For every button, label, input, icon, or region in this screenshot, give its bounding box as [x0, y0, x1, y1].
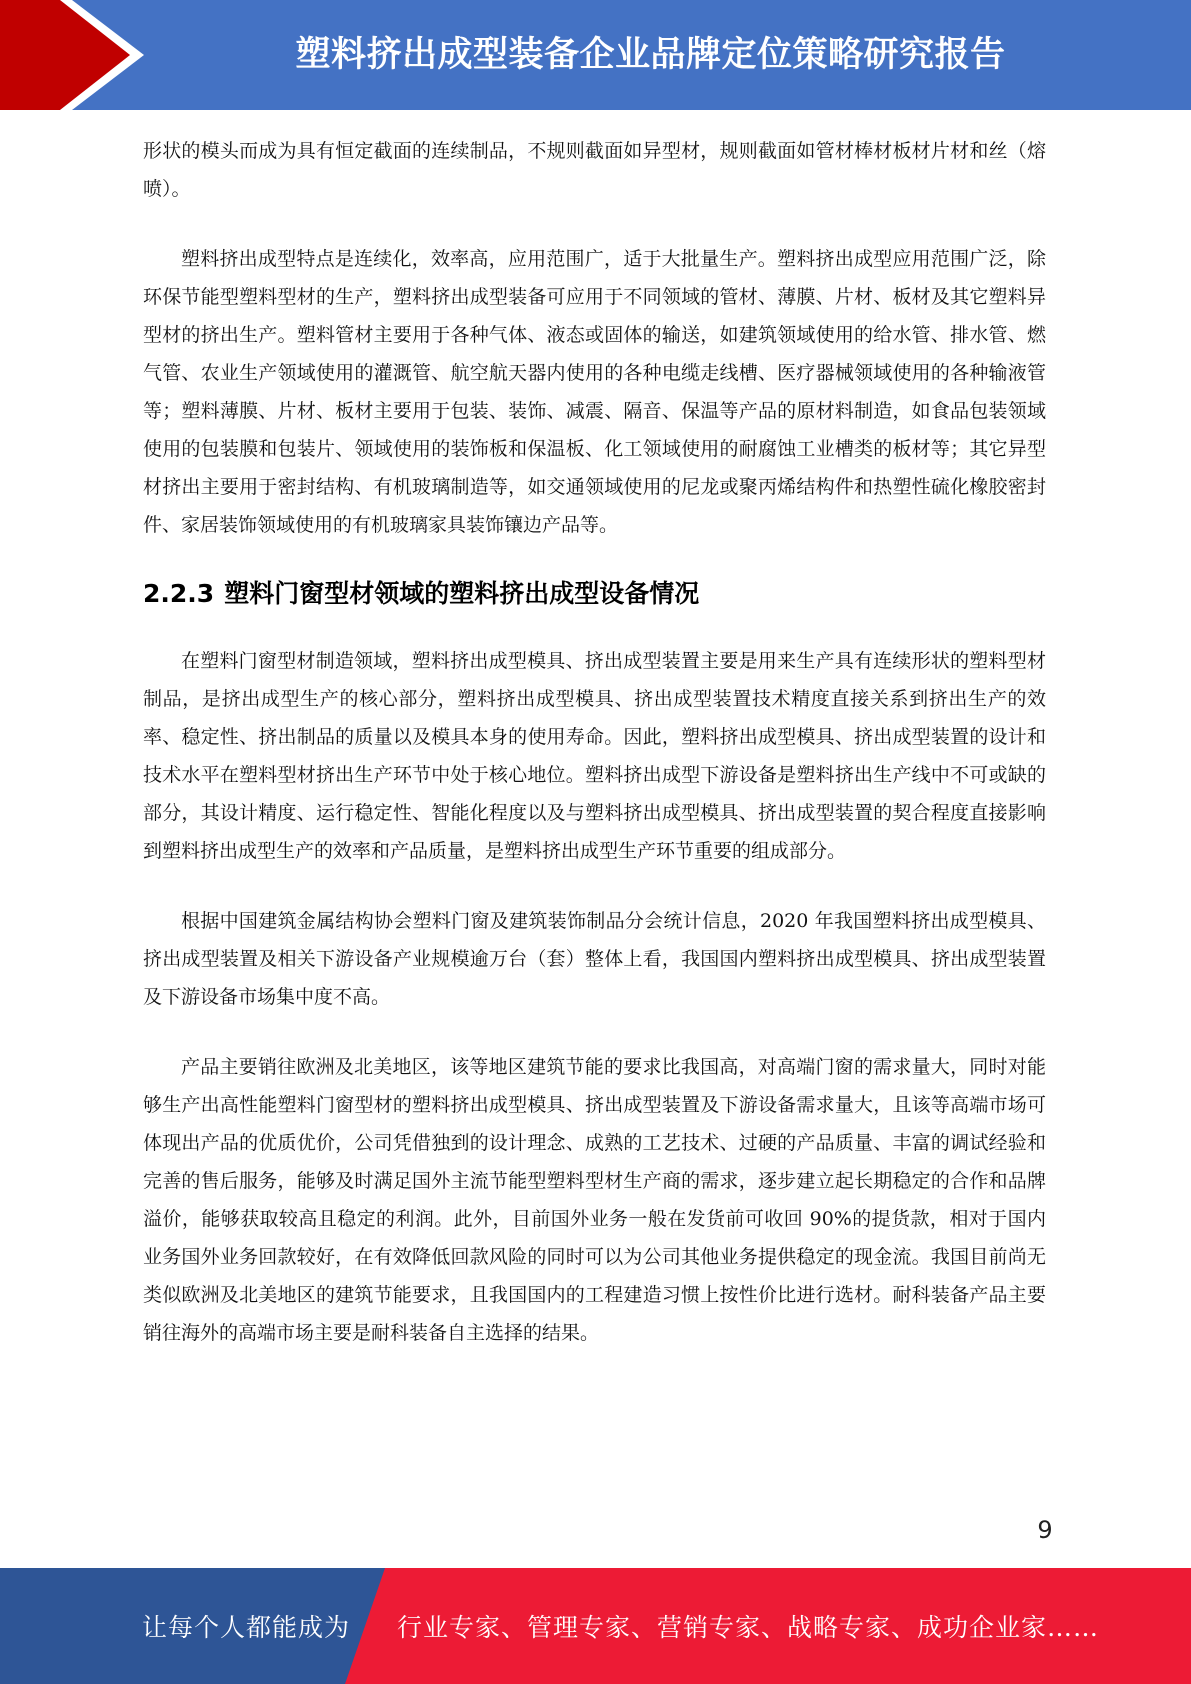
- paragraph-window-profile-field: 在塑料门窗型材制造领域，塑料挤出成型模具、挤出成型装置主要是用来生产具有连续形状…: [143, 642, 1046, 870]
- footer-slogan-right: 行业专家、管理专家、营销专家、战略专家、成功企业家……: [397, 1568, 1099, 1684]
- document-body: 形状的模头而成为具有恒定截面的连续制品，不规则截面如异型材，规则截面如管材棒材板…: [143, 132, 1046, 1352]
- section-title: 塑料门窗型材领域的塑料挤出成型设备情况: [224, 579, 699, 608]
- paragraph-industry-statistics: 根据中国建筑金属结构协会塑料门窗及建筑装饰制品分会统计信息，2020 年我国塑料…: [143, 902, 1046, 1016]
- paragraph-continuation: 形状的模头而成为具有恒定截面的连续制品，不规则截面如异型材，规则截面如管材棒材板…: [143, 132, 1046, 208]
- paragraph-export-markets: 产品主要销往欧洲及北美地区，该等地区建筑节能的要求比我国高，对高端门窗的需求量大…: [143, 1048, 1046, 1352]
- report-title: 塑料挤出成型装备企业品牌定位策略研究报告: [150, 0, 1191, 104]
- page-footer-banner: 让每个人都能成为 行业专家、管理专家、营销专家、战略专家、成功企业家……: [0, 1568, 1191, 1684]
- page-header-banner: 塑料挤出成型装备企业品牌定位策略研究报告: [0, 0, 1191, 110]
- footer-slogan-left: 让每个人都能成为: [142, 1568, 350, 1684]
- paragraph-extrusion-features: 塑料挤出成型特点是连续化，效率高，应用范围广，适于大批量生产。塑料挤出成型应用范…: [143, 240, 1046, 544]
- section-heading: 2.2.3塑料门窗型材领域的塑料挤出成型设备情况: [143, 574, 1046, 614]
- page-number: 9: [1025, 1516, 1065, 1544]
- section-number: 2.2.3: [143, 579, 214, 608]
- red-chevron-decoration: [0, 0, 170, 110]
